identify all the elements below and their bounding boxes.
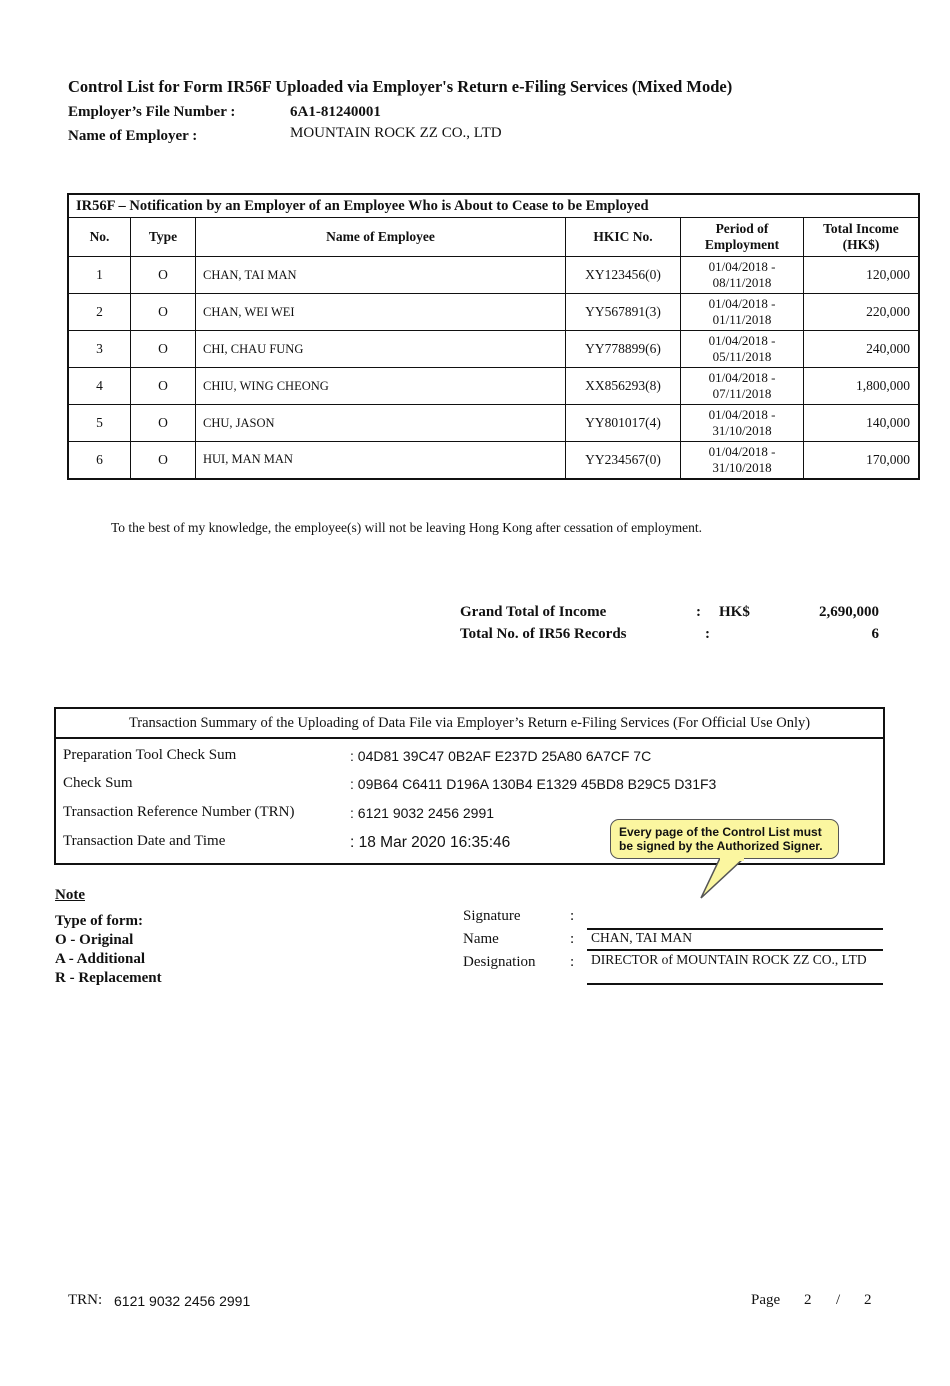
grand-total-value: 2,690,000 (780, 604, 879, 621)
file-number-value: 6A1-81240001 (290, 104, 381, 121)
grand-total-colon: : (696, 604, 701, 621)
signature-colon: : (570, 908, 574, 925)
col-header-hkic: HKIC No. (566, 218, 681, 257)
signer-designation: DIRECTOR of MOUNTAIN ROCK ZZ CO., LTD (591, 952, 867, 968)
page-total: 2 (864, 1292, 872, 1309)
transaction-summary-heading: Transaction Summary of the Uploading of … (56, 709, 883, 739)
txn-datetime-label: Transaction Date and Time (63, 833, 225, 850)
col-header-no: No. (68, 218, 131, 257)
footer-trn-value: 6121 9032 2456 2991 (114, 1293, 250, 1309)
row-income: 170,000 (804, 442, 920, 479)
row-employee-name: CHAN, TAI MAN (196, 257, 566, 294)
row-employee-name: HUI, MAN MAN (196, 442, 566, 479)
page-current: 2 (804, 1292, 812, 1309)
row-period: 01/04/2018 -01/11/2018 (681, 294, 804, 331)
row-type: O (131, 405, 196, 442)
row-no: 1 (68, 257, 131, 294)
row-hkic: YY567891(3) (566, 294, 681, 331)
period-from: 01/04/2018 - (709, 370, 776, 385)
row-employee-name: CHAN, WEI WEI (196, 294, 566, 331)
row-income: 140,000 (804, 405, 920, 442)
total-records-label: Total No. of IR56 Records (460, 626, 627, 643)
row-income: 120,000 (804, 257, 920, 294)
period-to: 08/11/2018 (713, 275, 772, 290)
table-body: 1OCHAN, TAI MANXY123456(0)01/04/2018 -08… (68, 257, 919, 479)
col-header-type: Type (131, 218, 196, 257)
row-type: O (131, 257, 196, 294)
row-type: O (131, 442, 196, 479)
note-replacement: R - Replacement (55, 970, 162, 987)
page-separator: / (836, 1292, 840, 1309)
prep-tool-checksum-label: Preparation Tool Check Sum (63, 747, 236, 764)
note-original: O - Original (55, 932, 133, 949)
row-type: O (131, 331, 196, 368)
name-label: Name (463, 931, 499, 948)
total-records-colon: : (705, 626, 710, 643)
period-from: 01/04/2018 - (709, 259, 776, 274)
row-income: 220,000 (804, 294, 920, 331)
note-type-heading: Type of form: (55, 913, 143, 930)
txn-datetime-value: : 18 Mar 2020 16:35:46 (350, 834, 510, 852)
table-row: 5OCHU, JASONYY801017(4)01/04/2018 -31/10… (68, 405, 919, 442)
table-row: 1OCHAN, TAI MANXY123456(0)01/04/2018 -08… (68, 257, 919, 294)
row-period: 01/04/2018 -05/11/2018 (681, 331, 804, 368)
row-employee-name: CHI, CHAU FUNG (196, 331, 566, 368)
row-hkic: YY778899(6) (566, 331, 681, 368)
callout-line-1: Every page of the Control List must (619, 825, 838, 839)
trn-value: : 6121 9032 2456 2991 (350, 805, 494, 821)
note-additional: A - Additional (55, 951, 145, 968)
checksum-label: Check Sum (63, 775, 133, 792)
row-period: 01/04/2018 -07/11/2018 (681, 368, 804, 405)
grand-total-label: Grand Total of Income (460, 604, 606, 621)
table-row: 6OHUI, MAN MANYY234567(0)01/04/2018 -31/… (68, 442, 919, 479)
designation-line (587, 983, 883, 985)
row-hkic: XY123456(0) (566, 257, 681, 294)
signature-label: Signature (463, 908, 521, 925)
grand-total-currency: HK$ (719, 604, 750, 621)
row-no: 6 (68, 442, 131, 479)
employee-table: IR56F – Notification by an Employer of a… (67, 193, 920, 480)
callout-pointer-icon (698, 858, 758, 903)
period-from: 01/04/2018 - (709, 296, 776, 311)
callout-line-2: be signed by the Authorized Signer. (619, 839, 838, 853)
designation-colon: : (570, 954, 574, 971)
period-from: 01/04/2018 - (709, 333, 776, 348)
note-title: Note (55, 887, 85, 904)
row-period: 01/04/2018 -08/11/2018 (681, 257, 804, 294)
footer-trn-label: TRN: (68, 1292, 102, 1309)
table-row: 4OCHIU, WING CHEONGXX856293(8)01/04/2018… (68, 368, 919, 405)
row-no: 3 (68, 331, 131, 368)
table-caption: IR56F – Notification by an Employer of a… (68, 194, 919, 218)
employer-name-label: Name of Employer : (68, 128, 197, 145)
row-hkic: XX856293(8) (566, 368, 681, 405)
row-no: 5 (68, 405, 131, 442)
prep-tool-checksum-value: : 04D81 39C47 0B2AF E237D 25A80 6A7CF 7C (350, 748, 651, 764)
row-hkic: YY234567(0) (566, 442, 681, 479)
period-from: 01/04/2018 - (709, 444, 776, 459)
page-label: Page (751, 1292, 780, 1309)
declaration-text: To the best of my knowledge, the employe… (111, 520, 702, 536)
period-to: 31/10/2018 (712, 423, 771, 438)
page-title: Control List for Form IR56F Uploaded via… (68, 77, 732, 97)
row-type: O (131, 294, 196, 331)
table-row: 3OCHI, CHAU FUNGYY778899(6)01/04/2018 -0… (68, 331, 919, 368)
row-period: 01/04/2018 -31/10/2018 (681, 442, 804, 479)
row-income: 240,000 (804, 331, 920, 368)
row-hkic: YY801017(4) (566, 405, 681, 442)
col-header-name: Name of Employee (196, 218, 566, 257)
signer-name: CHAN, TAI MAN (591, 930, 692, 946)
file-number-label: Employer’s File Number : (68, 104, 235, 121)
row-employee-name: CHU, JASON (196, 405, 566, 442)
col-header-income: Total Income(HK$) (804, 218, 920, 257)
name-colon: : (570, 931, 574, 948)
period-to: 31/10/2018 (712, 460, 771, 475)
table-row: 2OCHAN, WEI WEIYY567891(3)01/04/2018 -01… (68, 294, 919, 331)
period-to: 05/11/2018 (713, 349, 772, 364)
designation-label: Designation (463, 954, 536, 971)
row-employee-name: CHIU, WING CHEONG (196, 368, 566, 405)
name-line (587, 949, 883, 951)
total-records-value: 6 (780, 626, 879, 643)
row-income: 1,800,000 (804, 368, 920, 405)
checksum-value: : 09B64 C6411 D196A 130B4 E1329 45BD8 B2… (350, 776, 716, 792)
period-to: 07/11/2018 (713, 386, 772, 401)
employer-name-value: MOUNTAIN ROCK ZZ CO., LTD (290, 125, 502, 142)
row-no: 4 (68, 368, 131, 405)
col-header-period: Period ofEmployment (681, 218, 804, 257)
signing-callout: Every page of the Control List must be s… (610, 819, 839, 859)
period-from: 01/04/2018 - (709, 407, 776, 422)
trn-label: Transaction Reference Number (TRN) (63, 804, 294, 821)
row-no: 2 (68, 294, 131, 331)
row-period: 01/04/2018 -31/10/2018 (681, 405, 804, 442)
row-type: O (131, 368, 196, 405)
period-to: 01/11/2018 (713, 312, 772, 327)
